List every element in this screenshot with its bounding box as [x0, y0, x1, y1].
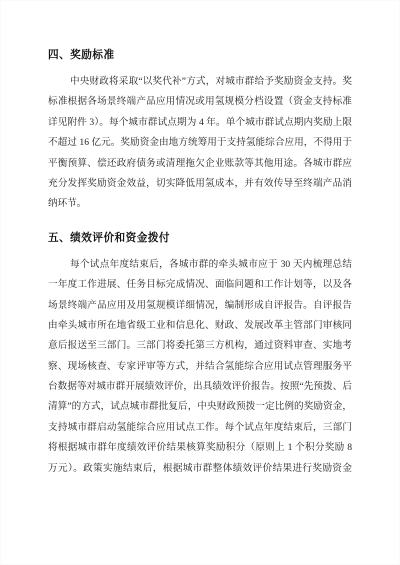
paragraph-line: 充分发挥奖励资金效益，切实降低用氢成本，并有效传导至终端产品消 [48, 174, 352, 194]
paragraph-line: 台数据等对城市群开展绩效评价，出具绩效评价报告。按照“先预拨、后 [48, 377, 352, 397]
paragraph-line: 标准根据各场景终端产品应用情况或用氢规模分档设置（资金支持标准 [48, 92, 352, 112]
paragraph-reward-standards: 中央财政将采取“以奖代补”方式，对城市群给予奖励资金支持。奖励 标准根据各场景终… [48, 72, 352, 215]
paragraph-line: 平衡预算、偿还政府债务或清理拖欠企业账款等其他用途。各城市群应 [48, 154, 352, 174]
paragraph-line: 将根据城市群年度绩效评价结果核算奖励积分（原则上 1 个积分奖励 8 [48, 438, 352, 458]
section-performance-evaluation: 五、绩效评价和资金拨付 每个试点年度结束后，各城市群的牵头城市应于 30 天内梳… [48, 229, 352, 479]
paragraph-line: 清算”的方式，试点城市群批复后，中央财政预拨一定比例的奖励资金， [48, 397, 352, 417]
paragraph-line: 万元）。政策实施结束后，根据城市群整体绩效评价结果进行奖励资金 [48, 459, 352, 479]
paragraph-line: 详见附件 3）。每个城市群试点期为 4 年。单个城市群试点期内奖励上限 [48, 113, 352, 133]
paragraph-line: 中央财政将采取“以奖代补”方式，对城市群给予奖励资金支持。奖励 [48, 72, 352, 92]
document-page: 四、奖励标准 中央财政将采取“以奖代补”方式，对城市群给予奖励资金支持。奖励 标… [0, 0, 400, 565]
section-heading-performance-evaluation: 五、绩效评价和资金拨付 [48, 229, 352, 249]
paragraph-performance-evaluation: 每个试点年度结束后，各城市群的牵头城市应于 30 天内梳理总结上 一年度工作进展… [48, 255, 352, 479]
paragraph-line: 纳环节。 [48, 194, 352, 214]
paragraph-line: 不超过 16 亿元。奖励资金由地方统筹用于支持氢能综合应用，不得用于 [48, 133, 352, 153]
paragraph-line: 由牵头城市所在地省级工业和信息化、财政、发展改革主管部门审核同 [48, 316, 352, 336]
paragraph-line: 察、现场核查、专家评审等方式，并结合氢能综合应用试点管理服务平 [48, 357, 352, 377]
paragraph-line: 一年度工作进展、任务目标完成情况、面临问题和工作计划等，以及各 [48, 275, 352, 295]
section-heading-reward-standards: 四、奖励标准 [48, 46, 352, 66]
paragraph-line: 意后报送至三部门。三部门将委托第三方机构，通过资料审查、实地考 [48, 336, 352, 356]
paragraph-line: 场景终端产品应用及用氢规模详细情况，编制形成自评报告。自评报告 [48, 296, 352, 316]
section-reward-standards: 四、奖励标准 中央财政将采取“以奖代补”方式，对城市群给予奖励资金支持。奖励 标… [48, 46, 352, 215]
paragraph-line: 每个试点年度结束后，各城市群的牵头城市应于 30 天内梳理总结上 [48, 255, 352, 275]
paragraph-line: 支持城市群启动氢能综合应用试点工作。每个试点年度结束后，三部门 [48, 418, 352, 438]
